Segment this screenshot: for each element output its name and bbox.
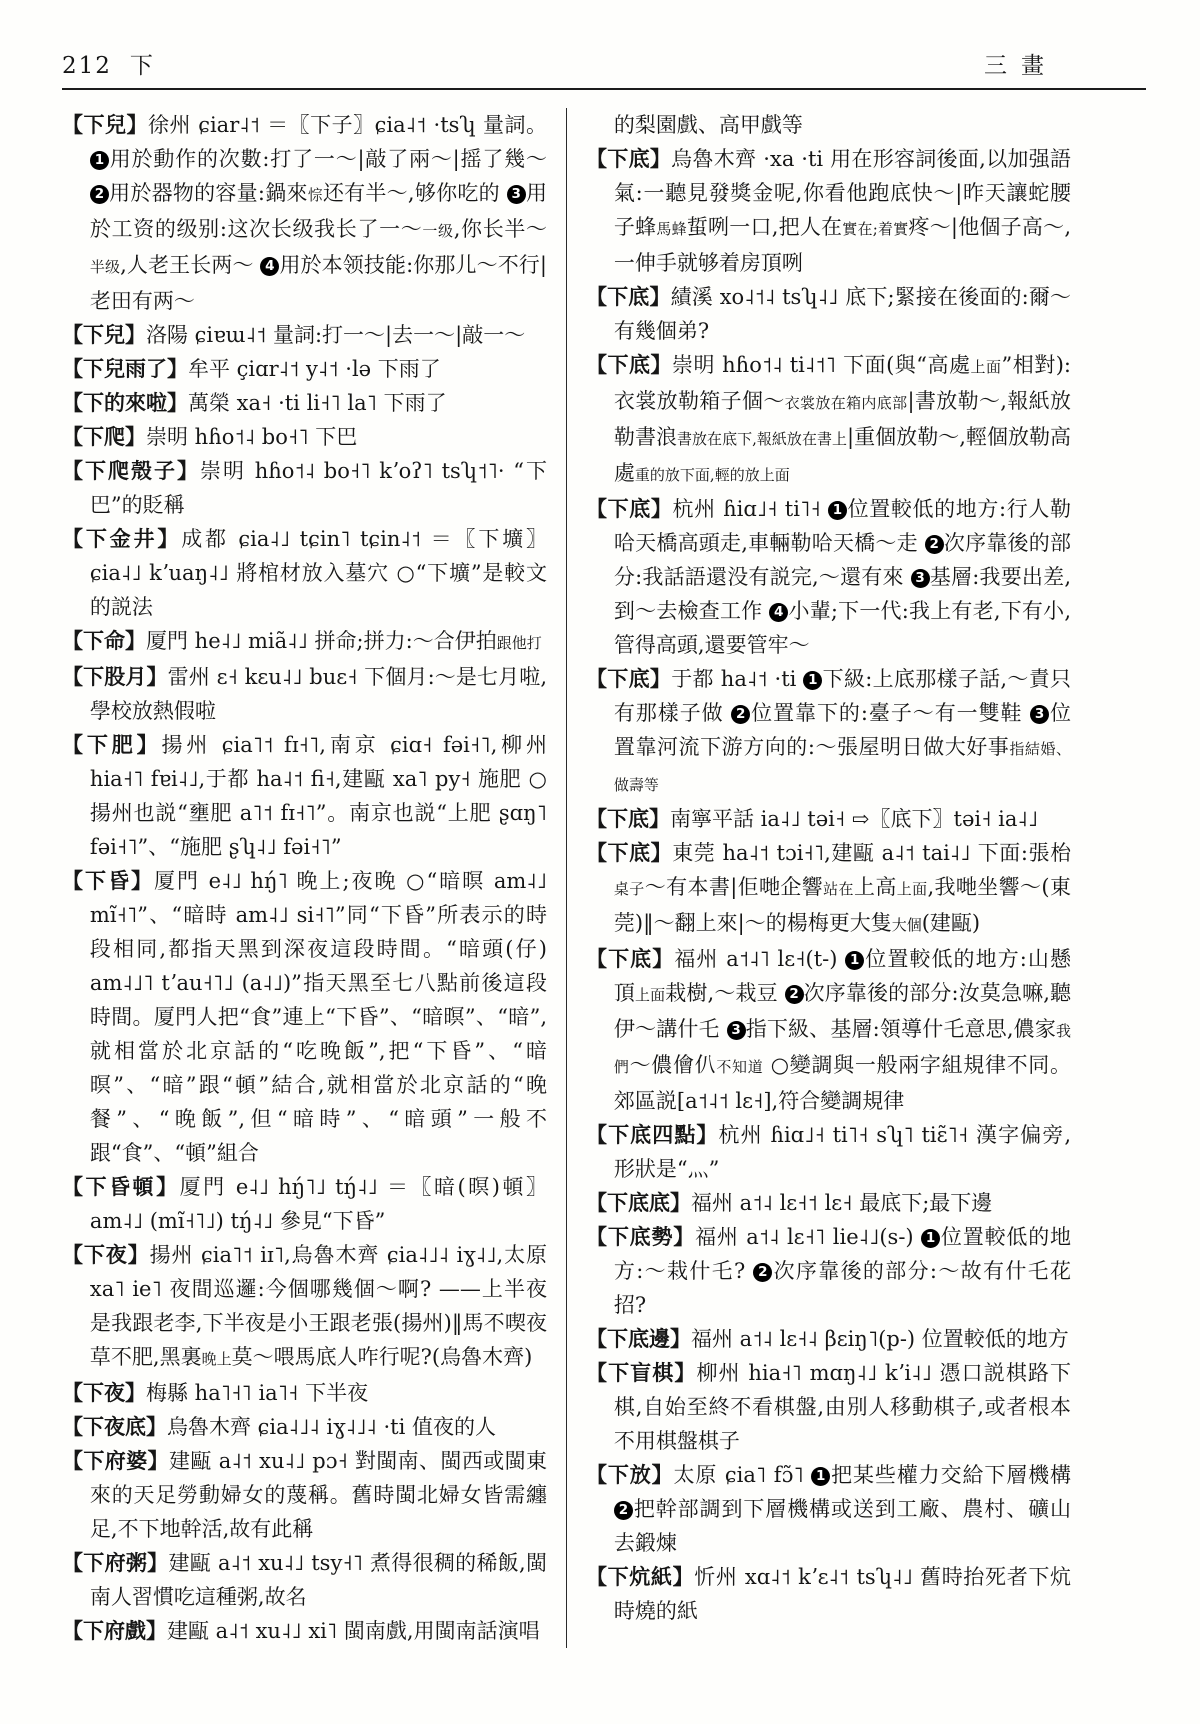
entry-text: 于都 ha˨˦ ·ti	[671, 667, 803, 691]
entry-headword: 【下底】	[586, 284, 671, 309]
dictionary-entry: 【下底】南寧平話 ia˨˩ təi˧ ⇨〖底下〗təi˧ ia˨˩	[586, 802, 1071, 836]
page-header-left: 212下	[62, 52, 155, 80]
entry-continuation: 的梨園戲、高甲戲等	[586, 108, 1071, 142]
entry-headword: 【下股月】	[62, 664, 168, 689]
dictionary-entry: 【下底勢】福州 a˦˨ lɛ˧˥ lie˨˩(s-) 1位置較低的地方:～栽什乇…	[586, 1220, 1071, 1322]
dictionary-entry: 【下放】太原 ɕia˥ fɔ̃˥ 1把某些權力交給下層機構 2把幹部調到下層機構…	[586, 1458, 1071, 1560]
entry-text: 还有半～,够你吃的	[323, 181, 507, 205]
entry-headword: 【下夜】	[62, 1242, 150, 1267]
small-gloss: 半级	[90, 258, 120, 276]
entry-text: 徐州 ɕiar˨˦ ＝〖下子〗ɕia˨˦ ·tsʮ 量詞。	[148, 113, 547, 137]
circled-number: 1	[811, 1467, 830, 1486]
entry-headword: 【下府戲】	[62, 1618, 167, 1643]
entry-text: 把某些權力交給下層機構	[830, 1463, 1071, 1487]
entry-headword: 【下炕紙】	[586, 1564, 694, 1589]
entry-headword: 【下底】	[586, 806, 670, 831]
circled-number: 4	[769, 603, 788, 622]
small-gloss: 衣裳放在箱内底部	[785, 394, 908, 412]
dictionary-entry: 【下底】于都 ha˨˦ ·ti 1下級:上底那樣子話,～責只有那樣子做 2位置靠…	[586, 662, 1071, 802]
dictionary-entry: 【下兒】徐州 ɕiar˨˦ ＝〖下子〗ɕia˨˦ ·tsʮ 量詞。1用於動作的次…	[62, 108, 547, 318]
page-header: 212下 三畫	[62, 52, 1146, 80]
entry-text: ～有本書|佢哋企響	[645, 875, 823, 899]
entry-text: 福州 a˦˨ lɛ˧˦ lɛ˧ 最底下;最下邊	[691, 1191, 992, 1215]
entry-text: 南寧平話 ia˨˩ təi˧ ⇨〖底下〗təi˧ ia˨˩	[670, 807, 1038, 831]
entry-text: 績溪 xo˨˦˨ tsʮ˨˩ 底下;緊接在後面的:爾～有幾個弟?	[614, 285, 1071, 343]
circled-number: 1	[828, 501, 847, 520]
entry-text: ～儂儈仈	[630, 1053, 717, 1077]
dictionary-entry: 【下的來啦】萬榮 xa˧ ·ti li˧˥ la˥ 下雨了	[62, 386, 547, 420]
entry-headword: 【下底】	[586, 840, 672, 865]
entry-headword: 【下底底】	[586, 1190, 691, 1215]
small-gloss: 晚上	[202, 1350, 232, 1368]
entry-text: 的梨園戲、高甲戲等	[614, 113, 803, 137]
entry-text: 指下級、基層:領導什乇意思,儂家	[746, 1017, 1056, 1041]
dictionary-entry: 【下爬】崇明 hɦo˦˨ bo˧˥ 下巴	[62, 420, 547, 454]
entry-headword: 【下府粥】	[62, 1550, 168, 1575]
entry-headword: 【下放】	[586, 1462, 674, 1487]
entry-headword: 【下兒雨了】	[62, 356, 188, 381]
circled-number: 2	[925, 535, 944, 554]
dictionary-entry: 【下底邊】福州 a˦˨ lɛ˧˨ βɛiŋ˥(p-) 位置較低的地方	[586, 1322, 1071, 1356]
dictionary-entry: 【下夜】揚州 ɕia˥˦ iɪ˥,烏魯木齊 ɕia˨˩˨ iɣ˨˩,太原 xa˥…	[62, 1238, 547, 1376]
entry-headword: 【下底四點】	[586, 1122, 719, 1147]
small-gloss: 書放在底下,報紙放在書上	[677, 430, 847, 448]
circled-number: 4	[260, 257, 279, 276]
entry-text: 蜇咧一口,把人在	[687, 215, 842, 239]
entry-headword: 【下爬】	[62, 424, 146, 449]
circled-number: 3	[507, 185, 526, 204]
dictionary-entry: 【下股月】雷州 ɛ˧ kɛu˨˩ buɛ˧ 下個月:～是七月啦,學校放熱假啦	[62, 660, 547, 728]
circled-number: 3	[727, 1021, 746, 1040]
entry-text: 莫～喂馬底人咋行呢?(烏魯木齊)	[232, 1345, 533, 1369]
small-gloss: 不知道	[716, 1058, 763, 1076]
small-gloss: 實在;着實	[842, 220, 908, 238]
entry-text: 福州 a˦˨ lɛ˧˨ βɛiŋ˥(p-) 位置較低的地方	[691, 1327, 1069, 1351]
circled-number: 3	[911, 569, 930, 588]
dictionary-entry: 【下底】烏魯木齊 ·xa ·ti 用在形容詞後面,以加强語氣:一聽見發獎金呢,你…	[586, 142, 1071, 280]
circled-number: 1	[921, 1229, 940, 1248]
small-gloss: 一级	[422, 222, 453, 240]
dictionary-entry: 【下昏】厦門 e˨˩ hŋ́˥ 晚上;夜晚 ○“暗暝 am˨˩ mĩ˧˥”、“暗…	[62, 864, 547, 1170]
stroke-count-label: 三畫	[984, 52, 1146, 80]
entry-text: 烏魯木齊 ɕia˨˩˨ iɣ˨˩˨ ·ti 值夜的人	[167, 1415, 496, 1439]
circled-number: 2	[614, 1501, 633, 1520]
circled-number: 1	[803, 671, 822, 690]
entry-headword: 【下底邊】	[586, 1326, 691, 1351]
dictionary-entry: 【下底】崇明 hɦo˦˨ ti˨˦˥ 下面(與“高處上面”相對):衣裳放勒箱子個…	[586, 348, 1071, 492]
dictionary-entry: 【下底四點】杭州 ɦiɑ˩˧ ti˥˧ sʮ˥ tiɛ̃˥˧ 漢字偏旁,形狀是“…	[586, 1118, 1071, 1186]
small-gloss: 上面	[897, 880, 928, 898]
entry-text: 位置靠下的:臺子～有一雙鞋	[750, 701, 1030, 725]
entry-text: 把幹部調到下層機構或送到工廠、農村、礦山去鍛煉	[614, 1497, 1071, 1555]
small-gloss: 重的放下面,輕的放上面	[635, 466, 790, 484]
dictionary-entry: 【下底】績溪 xo˨˦˨ tsʮ˨˩ 底下;緊接在後面的:爾～有幾個弟?	[586, 280, 1071, 348]
page-number: 212	[62, 53, 112, 79]
circled-number: 3	[1030, 705, 1049, 724]
circled-number: 1	[845, 951, 864, 970]
section-character: 下	[130, 53, 155, 79]
entry-headword: 【下夜】	[62, 1380, 146, 1405]
entry-headword: 【下爬殼子】	[62, 458, 200, 483]
entry-headword: 【下底】	[586, 352, 672, 377]
entry-text: 用於器物的容量:鍋來	[109, 181, 308, 205]
circled-number: 2	[731, 705, 750, 724]
entry-text: 福州 a˦˨ lɛ˧˥ lie˨˩(s-)	[695, 1225, 921, 1249]
entry-text: 上高	[854, 875, 897, 899]
dictionary-entry: 【下兒雨了】牟平 çiɑr˨˦ y˨˦ ·lə 下雨了	[62, 352, 547, 386]
small-gloss: 上面	[971, 358, 1002, 376]
entry-headword: 【下底】	[586, 146, 671, 171]
dictionary-entry: 【下炕紙】忻州 xɑ˨˦ kʼɛ˨˦ tsʮ˨˩ 舊時抬死者下炕時燒的紙	[586, 1560, 1071, 1628]
entry-headword: 【下兒】	[62, 322, 146, 347]
small-gloss: 桌子	[614, 880, 645, 898]
entry-headword: 【下底】	[586, 496, 673, 521]
dictionary-entry: 【下府婆】建甌 a˨˦ xu˨˩ pɔ˧ 對閩南、閩西或閩東來的天足勞動婦女的蔑…	[62, 1444, 547, 1546]
text-columns: 【下兒】徐州 ɕiar˨˦ ＝〖下子〗ɕia˨˦ ·tsʮ 量詞。1用於動作的次…	[62, 108, 1072, 1648]
entry-text: ,人老王长两～	[120, 253, 260, 277]
small-gloss: 上面	[635, 986, 665, 1004]
entry-text: 厦門 e˨˩ hŋ́˥ 晚上;夜晚 ○“暗暝 am˨˩ mĩ˧˥”、“暗時 am…	[90, 869, 547, 1165]
entry-text: 用於動作的次數:打了一～|敲了兩～|摇了幾～	[109, 147, 547, 171]
dictionary-entry: 【下夜底】烏魯木齊 ɕia˨˩˨ iɣ˨˩˨ ·ti 值夜的人	[62, 1410, 547, 1444]
circled-number: 2	[753, 1263, 772, 1282]
entry-headword: 【下命】	[62, 628, 146, 653]
dictionary-entry: 【下夜】梅縣 ha˥˧˥ ia˥˧ 下半夜	[62, 1376, 547, 1410]
dictionary-entry: 【下底】杭州 ɦiɑ˩˧ ti˥˧ 1位置較低的地方:行人勒哈天橋高頭走,車輛勒…	[586, 492, 1071, 662]
small-gloss: 跟他打	[497, 634, 542, 652]
dictionary-entry: 【下底】東莞 ha˨˦ tɔi˧˥,建甌 a˨˦ tai˨˩ 下面:張枱桌子～有…	[586, 836, 1071, 942]
entry-text: 建甌 a˨˦ xu˨˩ xi˥ 閩南戲,用閩南話演唱	[167, 1619, 540, 1643]
entry-headword: 【下兒】	[62, 112, 148, 137]
entry-headword: 【下金井】	[62, 526, 181, 551]
entry-headword: 【下昏】	[62, 868, 154, 893]
circled-number: 2	[785, 985, 804, 1004]
right-column: 的梨園戲、高甲戲等【下底】烏魯木齊 ·xa ·ti 用在形容詞後面,以加强語氣:…	[567, 108, 1071, 1648]
entry-headword: 【下底】	[586, 946, 674, 971]
entry-text: 厦門 he˨˩ miã˨˩ 拼命;拼力:～合伊拍	[146, 629, 497, 653]
header-rule	[62, 88, 1146, 90]
dictionary-entry: 【下命】厦門 he˨˩ miã˨˩ 拼命;拼力:～合伊拍跟他打	[62, 624, 547, 660]
entry-headword: 【下昏頓】	[62, 1174, 180, 1199]
small-gloss: 大個	[892, 916, 922, 934]
entry-headword: 【下底】	[586, 666, 671, 691]
dictionary-entry: 【下昏頓】厦門 e˨˩ hŋ́˥˩ tŋ́˨˩ ＝〖暗(暝)頓〗am˨˩ (mĩ…	[62, 1170, 547, 1238]
dictionary-entry: 【下底底】福州 a˦˨ lɛ˧˦ lɛ˧ 最底下;最下邊	[586, 1186, 1071, 1220]
entry-text: 福州 a˦˨˥ lɛ˧(t-)	[674, 947, 845, 971]
dictionary-entry: 【下底】福州 a˦˨˥ lɛ˧(t-) 1位置較低的地方:山懸頂上面栽樹,～栽豆…	[586, 942, 1071, 1118]
entry-headword: 【下的來啦】	[62, 390, 188, 415]
dictionary-entry: 【下府戲】建甌 a˨˦ xu˨˩ xi˥ 閩南戲,用閩南話演唱	[62, 1614, 547, 1648]
dictionary-entry: 【下兒】洛陽 ɕiɐɯ˨˦ 量詞:打一～|去一～|敲一～	[62, 318, 547, 352]
entry-text: 萬榮 xa˧ ·ti li˧˥ la˥ 下雨了	[188, 391, 447, 415]
entry-text: 洛陽 ɕiɐɯ˨˦ 量詞:打一～|去一～|敲一～	[146, 323, 525, 347]
small-gloss: 站在	[823, 880, 854, 898]
dictionary-entry: 【下肥】揚州 ɕia˥˦ fɪ˧˥,南京 ɕiɑ˧ fəi˧˥,柳州 hia˧˥…	[62, 728, 547, 864]
entry-text: 梅縣 ha˥˧˥ ia˥˧ 下半夜	[146, 1381, 368, 1405]
circled-number: 1	[90, 151, 109, 170]
dictionary-entry: 【下爬殼子】崇明 hɦo˦˨ bo˧˥ kʼoʔ˥ tsʮ˦˥· “下巴”的貶稱	[62, 454, 547, 522]
entry-headword: 【下府婆】	[62, 1448, 169, 1473]
entry-text: ,你长半～	[454, 217, 547, 241]
dictionary-entry: 【下盲棋】柳州 hia˧˥ mɑŋ˨˩ kʼi˨˩ 憑口説棋路下棋,自始至終不看…	[586, 1356, 1071, 1458]
entry-headword: 【下盲棋】	[586, 1360, 696, 1385]
circled-number: 2	[90, 185, 109, 204]
entry-text: (建甌)	[922, 911, 980, 935]
entry-text: 崇明 hɦo˦˨ bo˧˥ 下巴	[146, 425, 357, 449]
dictionary-entry: 【下金井】成都 ɕia˨˩ tɕin˥ tɕin˨˦ ＝〖下壙〗ɕia˨˩ kʼ…	[62, 522, 547, 624]
entry-text: 栽樹,～栽豆	[665, 981, 784, 1005]
dictionary-entry: 【下府粥】建甌 a˨˦ xu˨˩ tsy˧˥ 煮得很稠的稀飯,閩南人習慣吃這種粥…	[62, 1546, 547, 1614]
entry-text: 東莞 ha˨˦ tɔi˧˥,建甌 a˨˦ tai˨˩ 下面:張枱	[672, 841, 1071, 865]
entry-text: 崇明 hɦo˦˨ ti˨˦˥ 下面(與“高處	[672, 353, 971, 377]
small-gloss: 馬蜂	[656, 220, 686, 238]
entry-text: 太原 ɕia˥ fɔ̃˥	[674, 1463, 812, 1487]
entry-headword: 【下夜底】	[62, 1414, 167, 1439]
entry-text: 牟平 çiɑr˨˦ y˨˦ ·lə 下雨了	[188, 357, 441, 381]
small-gloss: 悰	[308, 186, 323, 204]
dictionary-page: 212下 三畫 【下兒】徐州 ɕiar˨˦ ＝〖下子〗ɕia˨˦ ·tsʮ 量詞…	[0, 0, 1146, 1648]
entry-headword: 【下底勢】	[586, 1224, 695, 1249]
entry-text: 杭州 ɦiɑ˩˧ ti˥˧	[673, 497, 828, 521]
left-column: 【下兒】徐州 ɕiar˨˦ ＝〖下子〗ɕia˨˦ ·tsʮ 量詞。1用於動作的次…	[62, 108, 567, 1648]
entry-headword: 【下肥】	[62, 732, 162, 757]
